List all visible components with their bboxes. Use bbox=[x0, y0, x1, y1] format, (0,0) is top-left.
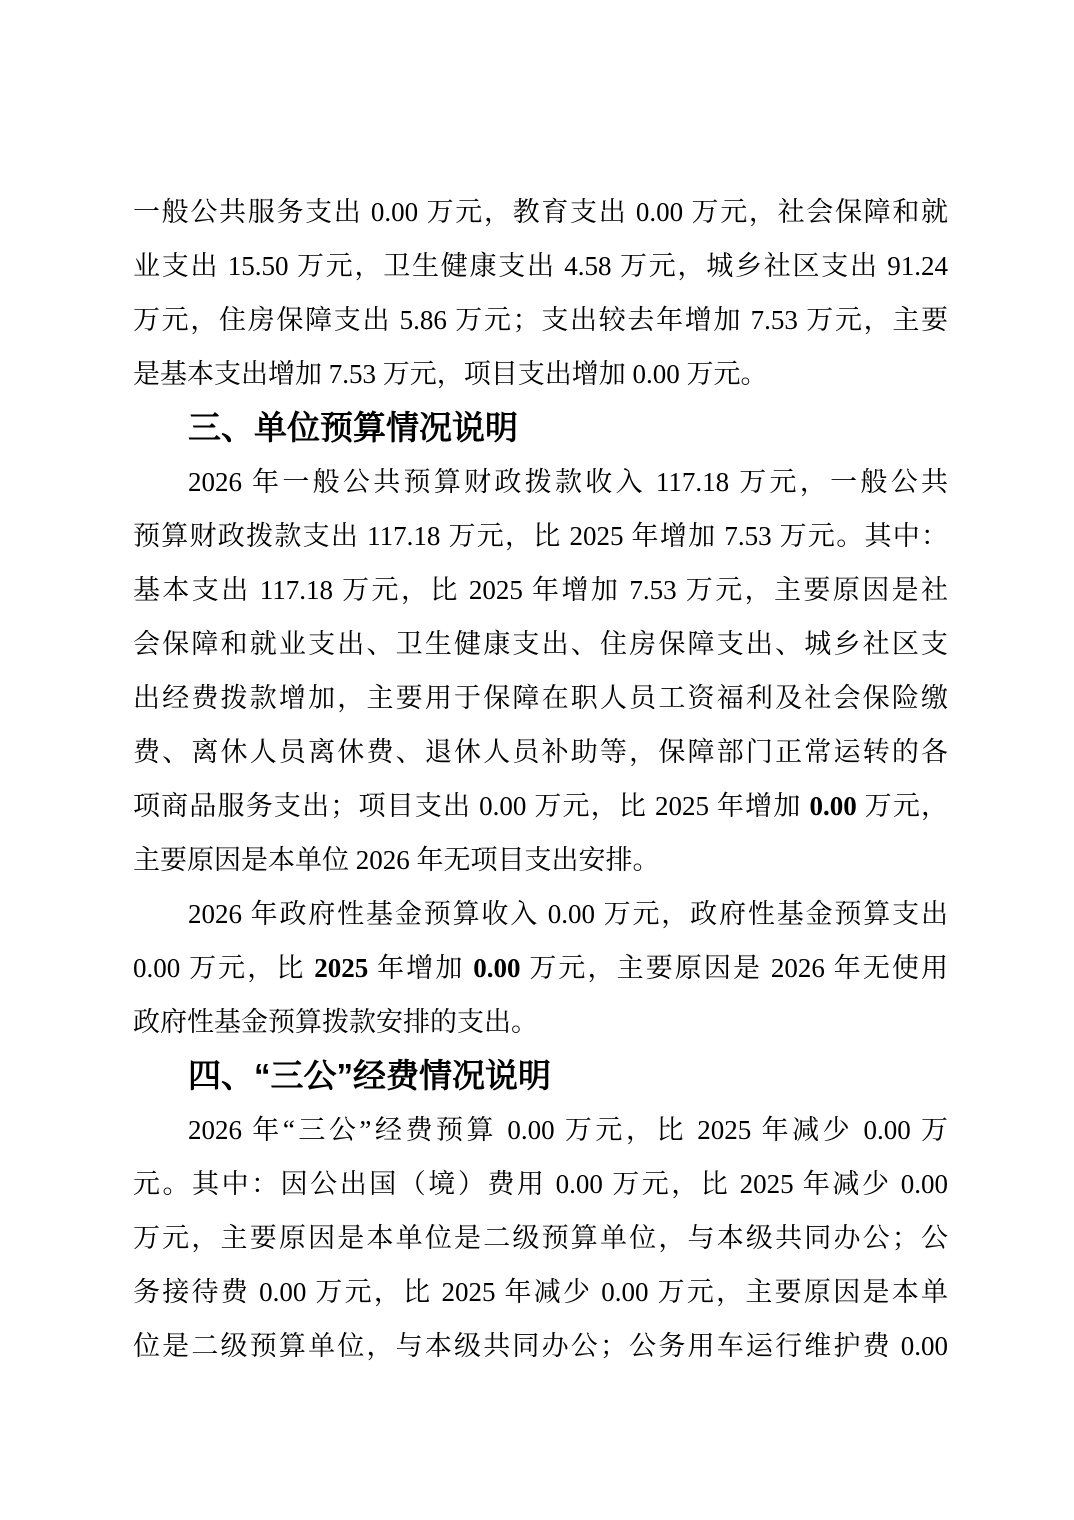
document-page: 一般公共服务支出 0.00 万元，教育支出 0.00 万元，社会保障和就业支出 … bbox=[0, 0, 1074, 1520]
text-run: 是基本支出增加 7.53 万元，项目支出增加 0.00 万元。 bbox=[133, 359, 768, 389]
text-run: 基本支出 117.18 万元，比 2025 年增加 7.53 万元，主要原因是社 bbox=[133, 575, 948, 605]
bold-number-run: 0.00 bbox=[473, 953, 520, 983]
text-line: 主要原因是本单位 2026 年无项目支出安排。 bbox=[133, 833, 948, 887]
text-line: 务接待费 0.00 万元，比 2025 年减少 0.00 万元，主要原因是本单 bbox=[133, 1265, 948, 1319]
text-run: 2026 年政府性基金预算收入 0.00 万元，政府性基金预算支出 bbox=[188, 899, 948, 929]
text-run: 万元，主要原因是本单位是二级预算单位，与本级共同办公；公 bbox=[133, 1223, 948, 1253]
text-run: 万元，主要原因是 2026 年无使用 bbox=[521, 953, 949, 983]
text-run: 三、单位预算情况说明 bbox=[188, 409, 518, 446]
text-line: 是基本支出增加 7.53 万元，项目支出增加 0.00 万元。 bbox=[133, 347, 948, 401]
text-run: 政府性基金预算拨款安排的支出。 bbox=[133, 1007, 538, 1037]
bold-number-run: 0.00 bbox=[809, 791, 856, 821]
text-line: 2026 年一般公共预算财政拨款收入 117.18 万元，一般公共 bbox=[133, 455, 948, 509]
text-run: 务接待费 0.00 万元，比 2025 年减少 0.00 万元，主要原因是本单 bbox=[133, 1277, 948, 1307]
text-run: 万元，住房保障支出 5.86 万元；支出较去年增加 7.53 万元，主要 bbox=[133, 305, 948, 335]
text-run: 项商品服务支出；项目支出 0.00 万元，比 2025 年增加 bbox=[133, 791, 809, 821]
text-line: 0.00 万元，比 2025 年增加 0.00 万元，主要原因是 2026 年无… bbox=[133, 941, 948, 995]
text-run: 预算财政拨款支出 117.18 万元，比 2025 年增加 7.53 万元。其中… bbox=[133, 521, 948, 551]
text-run: 出经费拨款增加，主要用于保障在职人员工资福利及社会保险缴 bbox=[133, 683, 948, 713]
text-run: 元。其中：因公出国（境）费用 0.00 万元，比 2025 年减少 0.00 bbox=[133, 1169, 948, 1199]
text-line: 元。其中：因公出国（境）费用 0.00 万元，比 2025 年减少 0.00 bbox=[133, 1157, 948, 1211]
text-run: 2026 年“三公”经费预算 0.00 万元，比 2025 年减少 0.00 万 bbox=[188, 1115, 948, 1145]
text-line: 业支出 15.50 万元，卫生健康支出 4.58 万元，城乡社区支出 91.24 bbox=[133, 239, 948, 293]
text-line: 一般公共服务支出 0.00 万元，教育支出 0.00 万元，社会保障和就 bbox=[133, 185, 948, 239]
section-heading: 四、“三公”经费情况说明 bbox=[133, 1049, 948, 1103]
text-line: 万元，住房保障支出 5.86 万元；支出较去年增加 7.53 万元，主要 bbox=[133, 293, 948, 347]
text-run: 0.00 万元，比 bbox=[133, 953, 314, 983]
text-line: 项商品服务支出；项目支出 0.00 万元，比 2025 年增加 0.00 万元， bbox=[133, 779, 948, 833]
text-line: 位是二级预算单位，与本级共同办公；公务用车运行维护费 0.00 bbox=[133, 1319, 948, 1373]
text-line: 会保障和就业支出、卫生健康支出、住房保障支出、城乡社区支 bbox=[133, 617, 948, 671]
text-line: 费、离休人员离休费、退休人员补助等，保障部门正常运转的各 bbox=[133, 725, 948, 779]
text-run: 业支出 15.50 万元，卫生健康支出 4.58 万元，城乡社区支出 91.24 bbox=[133, 251, 948, 281]
text-run: 2026 年一般公共预算财政拨款收入 117.18 万元，一般公共 bbox=[188, 467, 948, 497]
document-text-block: 一般公共服务支出 0.00 万元，教育支出 0.00 万元，社会保障和就业支出 … bbox=[133, 185, 948, 1373]
text-line: 政府性基金预算拨款安排的支出。 bbox=[133, 995, 948, 1049]
text-run: 万元， bbox=[857, 791, 948, 821]
text-run: 费、离休人员离休费、退休人员补助等，保障部门正常运转的各 bbox=[133, 737, 948, 767]
text-line: 2026 年“三公”经费预算 0.00 万元，比 2025 年减少 0.00 万 bbox=[133, 1103, 948, 1157]
text-run: 一般公共服务支出 0.00 万元，教育支出 0.00 万元，社会保障和就 bbox=[133, 197, 948, 227]
text-line: 基本支出 117.18 万元，比 2025 年增加 7.53 万元，主要原因是社 bbox=[133, 563, 948, 617]
text-line: 2026 年政府性基金预算收入 0.00 万元，政府性基金预算支出 bbox=[133, 887, 948, 941]
text-run: 主要原因是本单位 2026 年无项目支出安排。 bbox=[133, 845, 660, 875]
section-heading: 三、单位预算情况说明 bbox=[133, 401, 948, 455]
text-line: 预算财政拨款支出 117.18 万元，比 2025 年增加 7.53 万元。其中… bbox=[133, 509, 948, 563]
text-run: 四、“三公”经费情况说明 bbox=[188, 1057, 551, 1094]
text-line: 万元，主要原因是本单位是二级预算单位，与本级共同办公；公 bbox=[133, 1211, 948, 1265]
bold-number-run: 2025 bbox=[314, 953, 368, 983]
text-line: 出经费拨款增加，主要用于保障在职人员工资福利及社会保险缴 bbox=[133, 671, 948, 725]
text-run: 年增加 bbox=[368, 953, 473, 983]
text-run: 位是二级预算单位，与本级共同办公；公务用车运行维护费 0.00 bbox=[133, 1331, 948, 1361]
text-run: 会保障和就业支出、卫生健康支出、住房保障支出、城乡社区支 bbox=[133, 629, 948, 659]
